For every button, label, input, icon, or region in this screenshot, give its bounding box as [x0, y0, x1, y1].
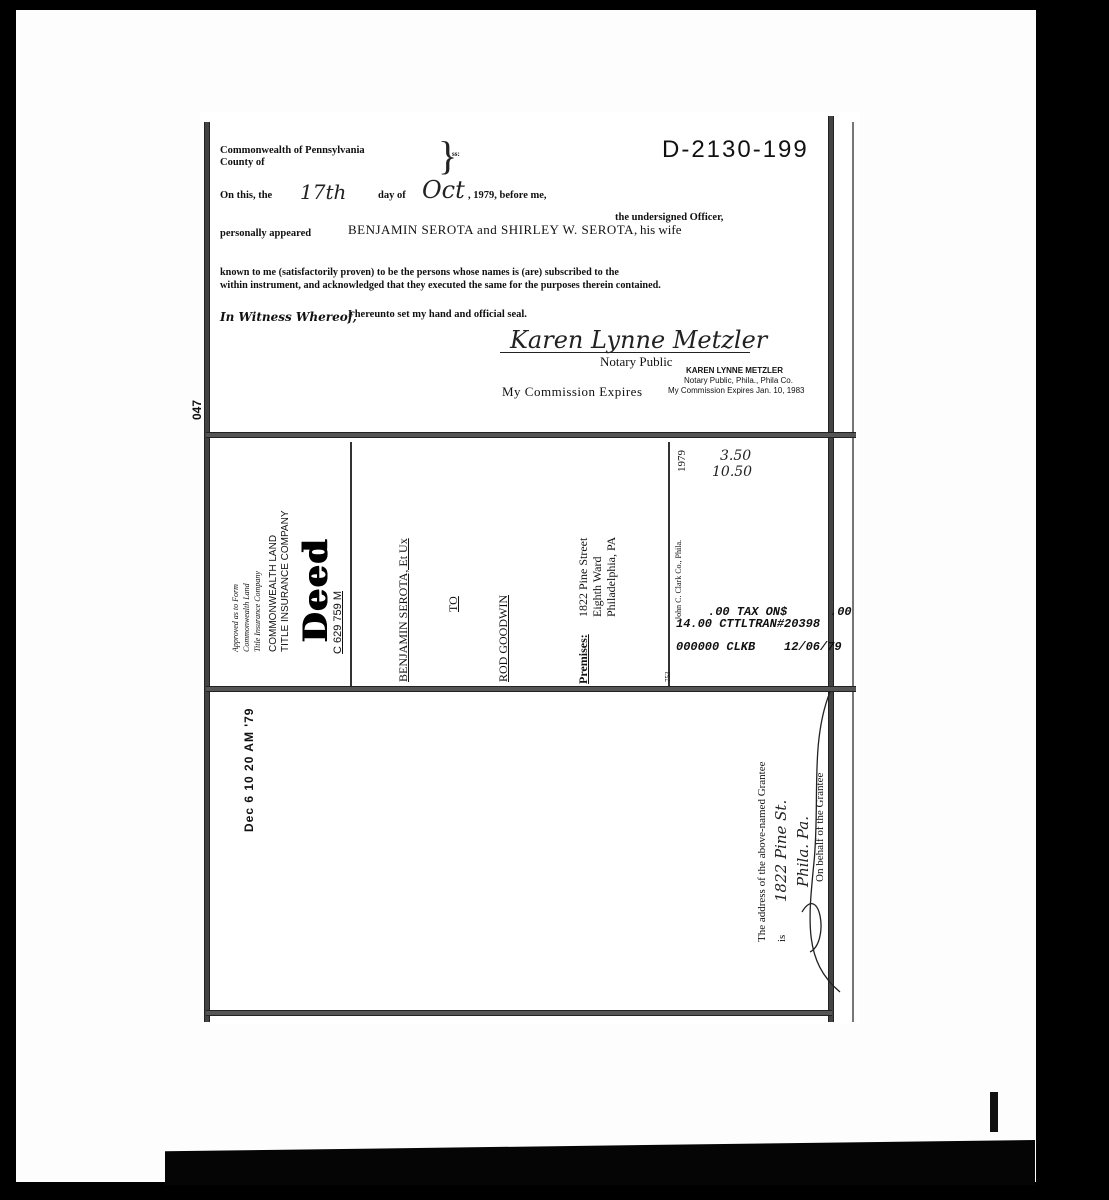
on-this-label: On this, the [220, 190, 272, 201]
divider-middle [206, 686, 856, 692]
deed-title: Deed [296, 537, 336, 642]
form-number: C 629 759 M [332, 591, 344, 654]
notary-signature: Karen Lynne Metzler [510, 326, 767, 354]
signature-line [500, 352, 750, 353]
grantee-name: ROD GOODWIN [496, 595, 511, 682]
fee-2: 10.50 [712, 464, 752, 480]
body-line-2: within instrument, and acknowledged that… [220, 280, 661, 291]
receipt-line-1-amount: .00 [830, 605, 852, 619]
approved-stamp: Approved as to Form Commonwealth Land Ti… [230, 571, 263, 652]
receipt-line-3: 000000 CLKB [676, 640, 755, 654]
grantor-value: BENJAMIN SEROTA, Et Ux [396, 538, 410, 682]
premises-line-2: Eighth Ward [590, 537, 604, 617]
body-line-1: known to me (satisfactorily proven) to b… [220, 267, 619, 278]
grantee-address-line-1: 1822 Pine St. [772, 800, 790, 902]
stamp-line-2: Notary Public, Phila., Phila Co. [684, 376, 793, 385]
to-label: TO [446, 596, 461, 612]
stamp-line-3: My Commission Expires Jan. 10, 1983 [668, 386, 805, 395]
witness-prefix: In Witness Whereof, [220, 310, 357, 324]
recorded-stamp: Dec 6 10 20 AM '79 [242, 708, 256, 832]
appeared-label: personally appeared [220, 228, 311, 239]
approved-line-1: Approved as to Form [230, 571, 241, 652]
printer-code: 753 [664, 672, 672, 683]
grantee-address-label: The address of the above-named Grantee [756, 761, 768, 942]
deed-year: 1979 [676, 450, 688, 472]
county-line: County of [220, 157, 265, 168]
panel-line-2 [668, 442, 670, 686]
witness-text: I hereunto set my hand and official seal… [348, 309, 527, 320]
margin-number: 047 [190, 400, 204, 420]
fee-1: 3.50 [720, 448, 751, 464]
receipt-date: 12/06/79 [784, 640, 842, 654]
premises-line-3: Philadelphia, PA [604, 537, 618, 617]
company-name: COMMONWEALTH LAND TITLE INSURANCE COMPAN… [268, 511, 292, 653]
premises-label: Premises: [576, 634, 591, 684]
company-line-2: TITLE INSURANCE COMPANY [280, 511, 292, 653]
panel-line-1 [350, 442, 352, 686]
grantee-is: is [776, 935, 788, 942]
day-value: 17th [300, 180, 346, 204]
premises-address: 1822 Pine Street Eighth Ward Philadelphi… [576, 537, 618, 617]
deed-document: Commonwealth of Pennsylvania County of }… [200, 112, 860, 1024]
scan-mark [990, 1092, 998, 1132]
approved-line-2: Commonwealth Land [241, 571, 252, 652]
grantee-signature [800, 682, 860, 1002]
approved-line-3: Title Insurance Company [252, 571, 263, 652]
grantor-name: BENJAMIN SEROTA, Et Ux [396, 538, 411, 682]
relation-value: his wife [640, 222, 682, 238]
company-line-1: COMMONWEALTH LAND [268, 511, 280, 653]
stamp-name: KAREN LYNNE METZLER [686, 366, 783, 375]
persons-value: BENJAMIN SEROTA and SHIRLEY W. SEROTA, [348, 222, 638, 238]
left-border [204, 122, 210, 1022]
document-number: D-2130-199 [662, 136, 809, 164]
month-value: Oct [422, 176, 465, 204]
premises-line-1: 1822 Pine Street [576, 537, 590, 617]
notary-label: Notary Public [600, 354, 673, 370]
ss-label: ss: [452, 150, 460, 158]
commission-label: My Commission Expires [502, 384, 643, 400]
day-of-label: day of [378, 190, 406, 201]
divider-bottom [206, 1010, 832, 1016]
divider-top [206, 432, 856, 438]
year-text: , 1979, before me, [468, 190, 547, 201]
receipt-line-2: 14.00 CTTLTRAN#20398 [676, 617, 820, 631]
printer-name: John C. Clark Co., Phila. [674, 540, 683, 620]
state-line: Commonwealth of Pennsylvania [220, 145, 365, 156]
